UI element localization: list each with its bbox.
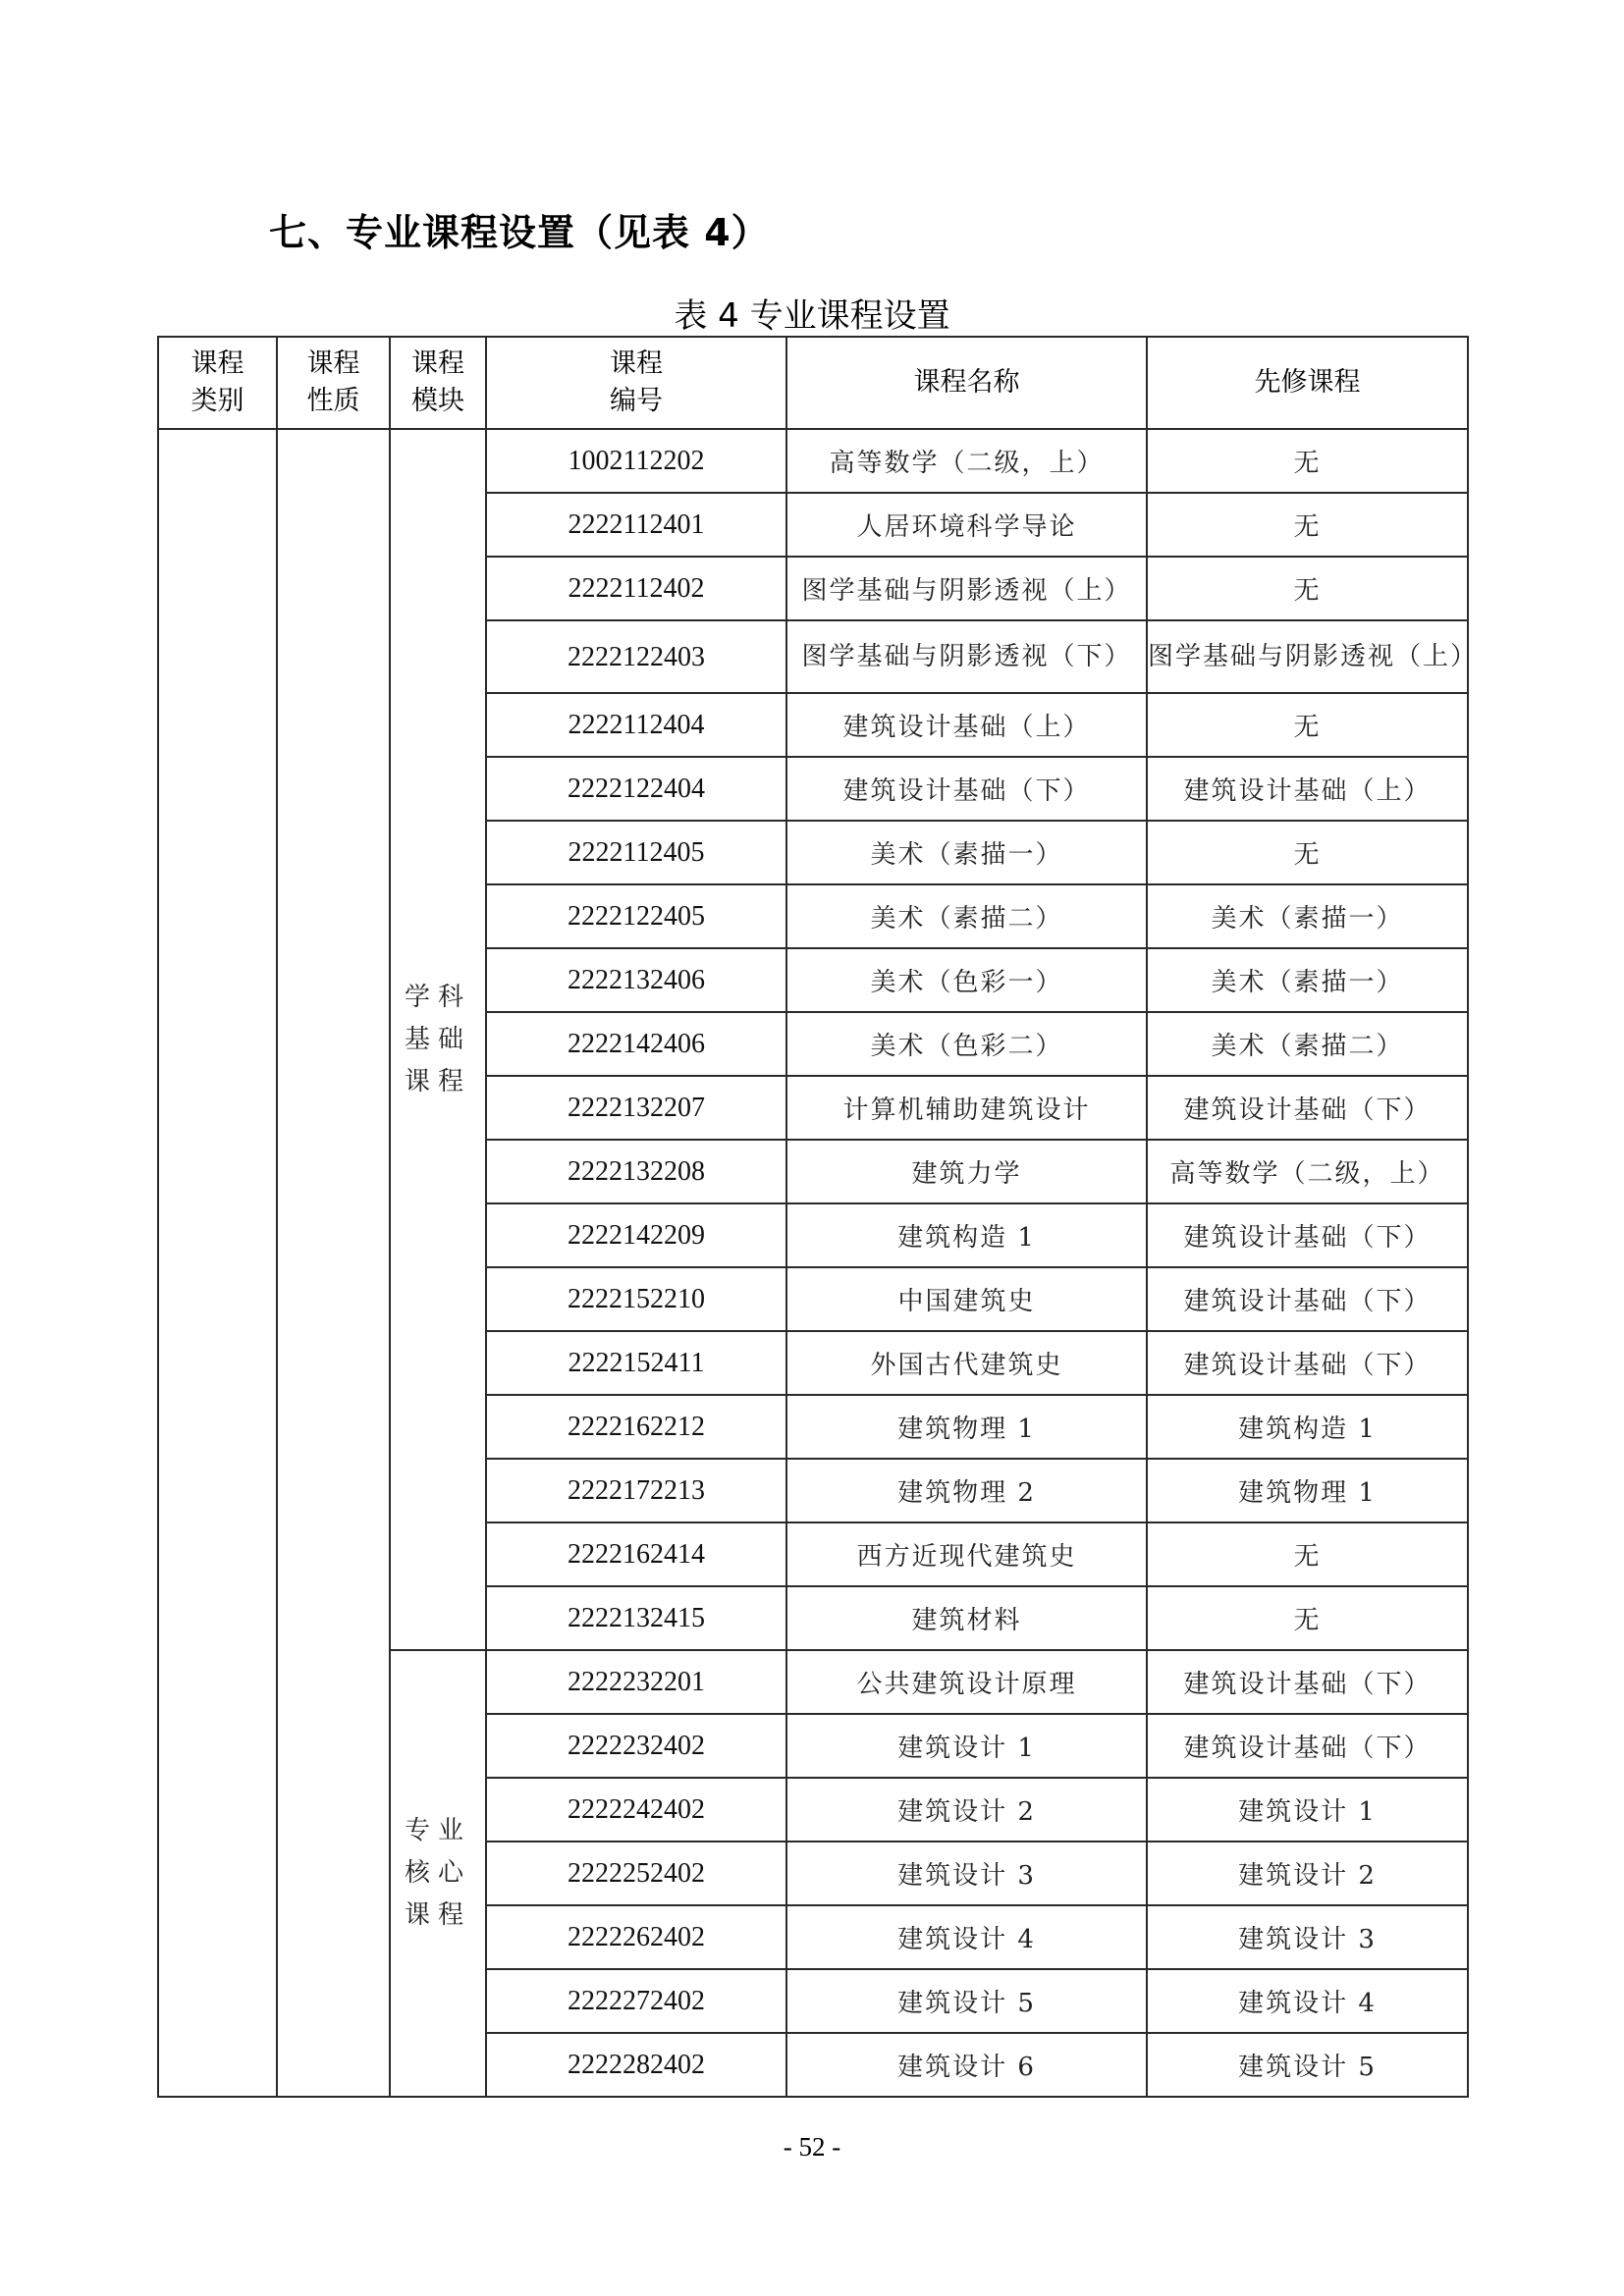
prerequisite-cell: 建筑设计基础（下） (1147, 1331, 1468, 1395)
prerequisite-cell: 建筑设计 5 (1147, 2033, 1468, 2097)
course-code-cell: 2222272402 (486, 1969, 786, 2033)
course-code-cell: 2222142209 (486, 1203, 786, 1267)
course-code-cell: 2222282402 (486, 2033, 786, 2097)
course-name-cell: 建筑设计 6 (786, 2033, 1147, 2097)
prerequisite-cell: 建筑设计 4 (1147, 1969, 1468, 2033)
course-name-cell: 建筑设计 2 (786, 1778, 1147, 1842)
prerequisite-cell: 图学基础与阴影透视（上） (1147, 620, 1468, 693)
header-code: 课程 编号 (486, 337, 786, 429)
course-code-cell: 2222132207 (486, 1076, 786, 1140)
prerequisite-cell: 建筑设计 3 (1147, 1905, 1468, 1969)
prerequisite-cell: 建筑设计 2 (1147, 1842, 1468, 1905)
course-code-cell: 2222152411 (486, 1331, 786, 1395)
prerequisite-cell: 高等数学（二级，上） (1147, 1140, 1468, 1203)
course-name-cell: 建筑物理 2 (786, 1459, 1147, 1522)
course-name-cell: 图学基础与阴影透视（下） (786, 620, 1147, 693)
header-prerequisite: 先修课程 (1147, 337, 1468, 429)
course-code-cell: 2222122403 (486, 620, 786, 693)
prerequisite-cell: 无 (1147, 557, 1468, 620)
course-name-cell: 建筑构造 1 (786, 1203, 1147, 1267)
category-cell (158, 429, 277, 2097)
prerequisite-cell: 美术（素描二） (1147, 1012, 1468, 1076)
prerequisite-cell: 无 (1147, 429, 1468, 493)
course-code-cell: 2222112402 (486, 557, 786, 620)
course-code-cell: 2222132406 (486, 948, 786, 1012)
module-label-line: 课程 (391, 1061, 485, 1103)
module-label-line: 课程 (391, 1895, 485, 1937)
prerequisite-cell: 建筑设计基础（上） (1147, 757, 1468, 821)
prerequisite-cell: 建筑设计基础（下） (1147, 1076, 1468, 1140)
course-table: 课程 类别 课程 性质 课程 模块 课程 编号 课程名称 先修课程 学科基础课程… (157, 336, 1469, 2098)
course-name-cell: 计算机辅助建筑设计 (786, 1076, 1147, 1140)
header-category: 课程 类别 (158, 337, 277, 429)
module-cell: 学科基础课程 (390, 429, 486, 1650)
course-name-cell: 中国建筑史 (786, 1267, 1147, 1331)
module-label-line: 基础 (391, 1019, 485, 1061)
prerequisite-cell: 建筑设计基础（下） (1147, 1650, 1468, 1714)
course-name-cell: 美术（色彩二） (786, 1012, 1147, 1076)
prerequisite-cell: 美术（素描一） (1147, 884, 1468, 948)
module-label-line: 核心 (391, 1852, 485, 1895)
course-name-cell: 外国古代建筑史 (786, 1331, 1147, 1395)
module-label-line: 学科 (391, 977, 485, 1019)
course-code-cell: 2222252402 (486, 1842, 786, 1905)
course-code-cell: 2222112401 (486, 493, 786, 557)
prerequisite-cell: 建筑构造 1 (1147, 1395, 1468, 1459)
course-code-cell: 2222132415 (486, 1586, 786, 1650)
prerequisite-cell: 无 (1147, 1586, 1468, 1650)
prerequisite-cell: 建筑设计基础（下） (1147, 1714, 1468, 1778)
course-name-cell: 美术（素描一） (786, 821, 1147, 884)
course-name-cell: 建筑设计 5 (786, 1969, 1147, 2033)
course-code-cell: 2222172213 (486, 1459, 786, 1522)
course-name-cell: 建筑设计 1 (786, 1714, 1147, 1778)
course-code-cell: 2222122404 (486, 757, 786, 821)
course-code-cell: 1002112202 (486, 429, 786, 493)
course-code-cell: 2222142406 (486, 1012, 786, 1076)
course-name-cell: 美术（素描二） (786, 884, 1147, 948)
module-label-line: 专业 (391, 1810, 485, 1852)
course-name-cell: 建筑力学 (786, 1140, 1147, 1203)
course-name-cell: 图学基础与阴影透视（上） (786, 557, 1147, 620)
prerequisite-cell: 无 (1147, 693, 1468, 757)
page-number: - 52 - (0, 2132, 1624, 2163)
course-code-cell: 2222122405 (486, 884, 786, 948)
course-code-cell: 2222112405 (486, 821, 786, 884)
course-code-cell: 2222232201 (486, 1650, 786, 1714)
course-name-cell: 建筑材料 (786, 1586, 1147, 1650)
course-code-cell: 2222132208 (486, 1140, 786, 1203)
course-code-cell: 2222162212 (486, 1395, 786, 1459)
course-name-cell: 公共建筑设计原理 (786, 1650, 1147, 1714)
prerequisite-cell: 无 (1147, 821, 1468, 884)
course-code-cell: 2222162414 (486, 1522, 786, 1586)
course-name-cell: 建筑设计 3 (786, 1842, 1147, 1905)
prerequisite-cell: 建筑设计 1 (1147, 1778, 1468, 1842)
table-body: 学科基础课程1002112202高等数学（二级，上）无2222112401人居环… (158, 429, 1468, 2097)
course-code-cell: 2222262402 (486, 1905, 786, 1969)
course-name-cell: 人居环境科学导论 (786, 493, 1147, 557)
course-code-cell: 2222152210 (486, 1267, 786, 1331)
prerequisite-cell: 建筑设计基础（下） (1147, 1267, 1468, 1331)
prerequisite-cell: 无 (1147, 1522, 1468, 1586)
header-nature: 课程 性质 (277, 337, 390, 429)
table-header-row: 课程 类别 课程 性质 课程 模块 课程 编号 课程名称 先修课程 (158, 337, 1468, 429)
course-name-cell: 西方近现代建筑史 (786, 1522, 1147, 1586)
prerequisite-cell: 建筑设计基础（下） (1147, 1203, 1468, 1267)
course-name-cell: 建筑设计基础（上） (786, 693, 1147, 757)
nature-cell (277, 429, 390, 2097)
course-name-cell: 建筑物理 1 (786, 1395, 1147, 1459)
course-name-cell: 高等数学（二级，上） (786, 429, 1147, 493)
header-module: 课程 模块 (390, 337, 486, 429)
table-caption: 表 4 专业课程设置 (0, 289, 1624, 337)
prerequisite-cell: 无 (1147, 493, 1468, 557)
course-code-cell: 2222232402 (486, 1714, 786, 1778)
prerequisite-cell: 美术（素描一） (1147, 948, 1468, 1012)
header-name: 课程名称 (786, 337, 1147, 429)
prerequisite-cell: 建筑物理 1 (1147, 1459, 1468, 1522)
course-name-cell: 建筑设计基础（下） (786, 757, 1147, 821)
course-code-cell: 2222112404 (486, 693, 786, 757)
course-name-cell: 建筑设计 4 (786, 1905, 1147, 1969)
table-row: 学科基础课程1002112202高等数学（二级，上）无 (158, 429, 1468, 493)
course-code-cell: 2222242402 (486, 1778, 786, 1842)
section-heading: 七、专业课程设置（见表 4） (269, 202, 770, 256)
course-name-cell: 美术（色彩一） (786, 948, 1147, 1012)
module-cell: 专业核心课程 (390, 1650, 486, 2097)
